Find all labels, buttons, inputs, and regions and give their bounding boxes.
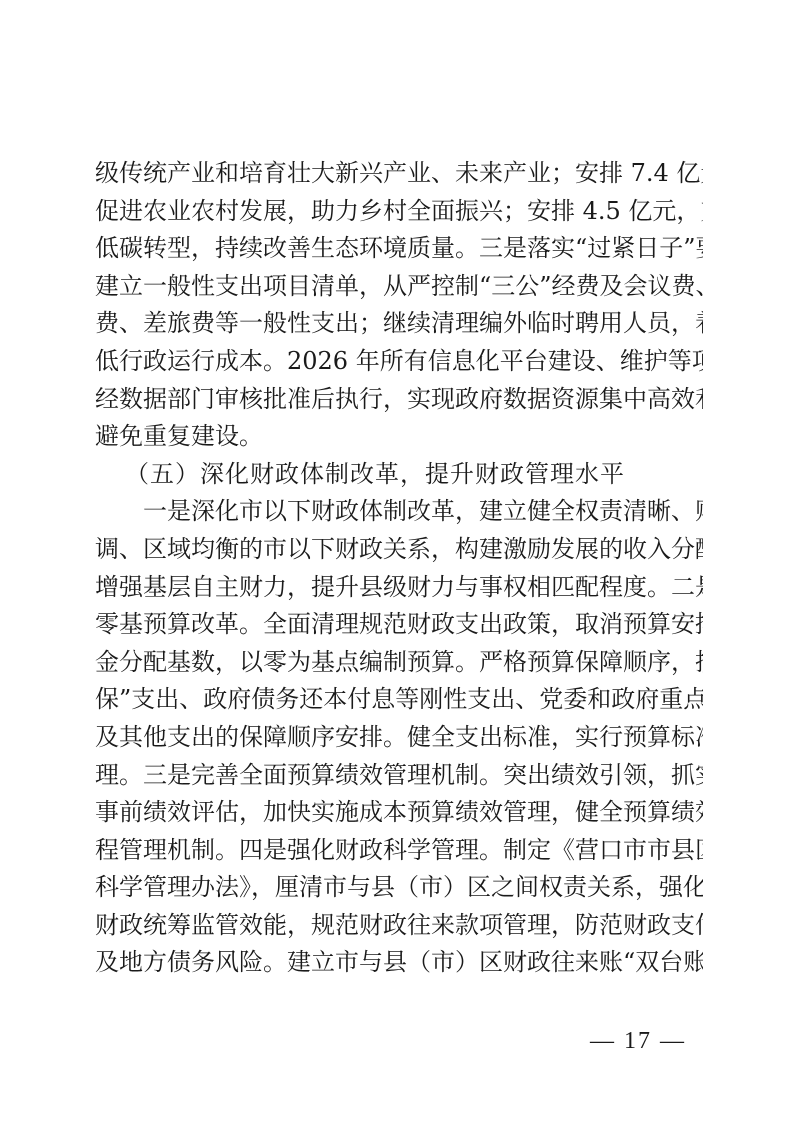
text-line: 费、差旅费等一般性支出；继续清理编外临时聘用人员，着力降	[95, 305, 703, 343]
text-line: 低碳转型，持续改善生态环境质量。三是落实“过紧日子”要求。	[95, 230, 703, 268]
text-line: 避免重复建设。	[95, 418, 703, 456]
text-line: 事前绩效评估，加快实施成本预算绩效管理，健全预算绩效全过	[95, 794, 703, 832]
text-line: 保”支出、政府债务还本付息等刚性支出、党委和政府重点任务以	[95, 681, 703, 719]
page-number: — 17 —	[590, 1028, 686, 1055]
text-line: 财政统筹监管效能，规范财政往来款项管理，防范财政支付风险	[95, 907, 703, 945]
text-line: 级传统产业和培育壮大新兴产业、未来产业；安排 7.4 亿元，支持	[95, 155, 703, 193]
document-page: 级传统产业和培育壮大新兴产业、未来产业；安排 7.4 亿元，支持 促进农业农村发…	[0, 0, 793, 1122]
text-line: 建立一般性支出项目清单，从严控制“三公”经费及会议费、培训	[95, 268, 703, 306]
text-line: 增强基层自主财力，提升县级财力与事权相匹配程度。二是深化	[95, 569, 703, 607]
section-heading: （五）深化财政体制改革，提升财政管理水平	[95, 456, 703, 494]
text-line: 程管理机制。四是强化财政科学管理。制定《营口市市县区财政	[95, 832, 703, 870]
text-line: 促进农业农村发展，助力乡村全面振兴；安排 4.5 亿元，支持绿色	[95, 193, 703, 231]
text-line: 一是深化市以下财政体制改革，建立健全权责清晰、财力协	[95, 493, 703, 531]
text-line: 零基预算改革。全面清理规范财政支出政策，取消预算安排和资	[95, 606, 703, 644]
text-line: 科学管理办法》，厘清市与县（市）区之间权责关系，强化市本级	[95, 869, 703, 907]
text-line: 及其他支出的保障顺序安排。健全支出标准，实行预算标准化管	[95, 719, 703, 757]
text-line: 金分配基数，以零为基点编制预算。严格预算保障顺序，按照“三	[95, 644, 703, 682]
text-line: 理。三是完善全面预算绩效管理机制。突出绩效引领，抓实预算	[95, 757, 703, 795]
text-line: 及地方债务风险。建立市与县（市）区财政往来账“双台账、双核	[95, 944, 703, 982]
text-line: 低行政运行成本。2026 年所有信息化平台建设、维护等项目，需	[95, 343, 703, 381]
text-line: 经数据部门审核批准后执行，实现政府数据资源集中高效利用，	[95, 381, 703, 419]
body-text: 级传统产业和培育壮大新兴产业、未来产业；安排 7.4 亿元，支持 促进农业农村发…	[95, 155, 703, 982]
text-line: 调、区域均衡的市以下财政关系，构建激励发展的收入分配关系，	[95, 531, 703, 569]
